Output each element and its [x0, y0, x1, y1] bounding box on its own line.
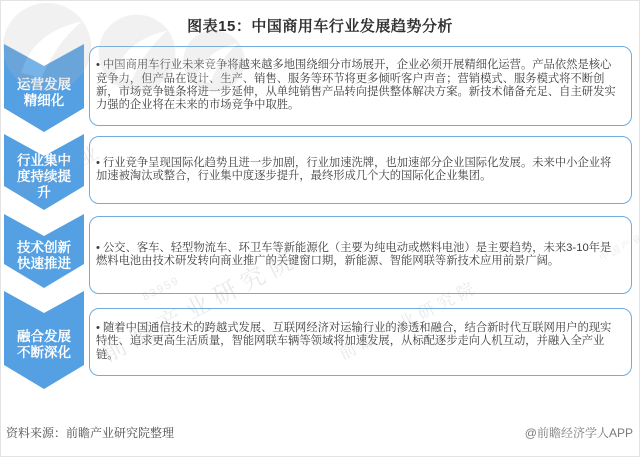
- trend-box-text: 中国商用车行业未来竞争将越来越多地围绕细分市场展开，企业必须开展精细化运营。产品…: [96, 59, 621, 113]
- trend-box-text: 随着中国通信技术的跨越式发展、互联网经济对运输行业的渗透和融合，结合新时代互联网…: [96, 322, 621, 362]
- arrow-label-line: 运营发展: [17, 77, 71, 93]
- arrow-label-line: 度持续提: [17, 169, 71, 185]
- arrow-label-line: 技术创新: [17, 240, 71, 256]
- arrow-tech-innovation: 技术创新 快速推进: [4, 214, 84, 288]
- trend-box-text: 公交、客车、轻型物流车、环卫车等新能源化（主要为纯电动或燃料电池）是主要趋势，未…: [96, 242, 621, 269]
- arrow-label-line: 快速推进: [17, 256, 71, 272]
- trend-box-technology: 公交、客车、轻型物流车、环卫车等新能源化（主要为纯电动或燃料电池）是主要趋势，未…: [89, 216, 632, 294]
- arrow-label-line: 精细化: [24, 93, 65, 109]
- figure-page: 图表15：中国商用车行业发展趋势分析 运营发展 精细化 行业集中 度持续提 升 …: [0, 0, 640, 457]
- trend-box-operation: 中国商用车行业未来竞争将越来越多地围绕细分市场展开，企业必须开展精细化运营。产品…: [89, 46, 632, 126]
- footer: 资料来源：前瞻产业研究院整理 @前瞻经济学人APP: [1, 424, 639, 441]
- source-note: 资料来源：前瞻产业研究院整理: [6, 424, 174, 441]
- arrow-label-line: 融合发展: [17, 329, 71, 345]
- arrow-integration-deepening: 融合发展 不断深化: [4, 291, 84, 389]
- figure-title: 图表15：中国商用车行业发展趋势分析: [1, 1, 639, 46]
- trend-box-integration: 随着中国通信技术的跨越式发展、互联网经济对运输行业的渗透和融合，结合新时代互联网…: [89, 308, 632, 376]
- arrow-label-line: 不断深化: [17, 345, 71, 361]
- arrow-industry-concentration: 行业集中 度持续提 升: [4, 134, 84, 210]
- credit-note: @前瞻经济学人APP: [525, 424, 633, 441]
- trend-diagram: 运营发展 精细化 行业集中 度持续提 升 技术创新 快速推进 融合发展 不断深化…: [1, 46, 639, 398]
- arrow-operation-refinement: 运营发展 精细化: [4, 44, 84, 132]
- trend-box-concentration: 行业竞争呈现国际化趋势且进一步加剧，行业加速洗牌，也加速部分企业国际化发展。未来…: [89, 136, 632, 204]
- trend-box-text: 行业竞争呈现国际化趋势且进一步加剧，行业加速洗牌，也加速部分企业国际化发展。未来…: [96, 157, 621, 184]
- arrow-label-line: 行业集中: [17, 153, 71, 169]
- arrow-label-line: 升: [37, 185, 51, 201]
